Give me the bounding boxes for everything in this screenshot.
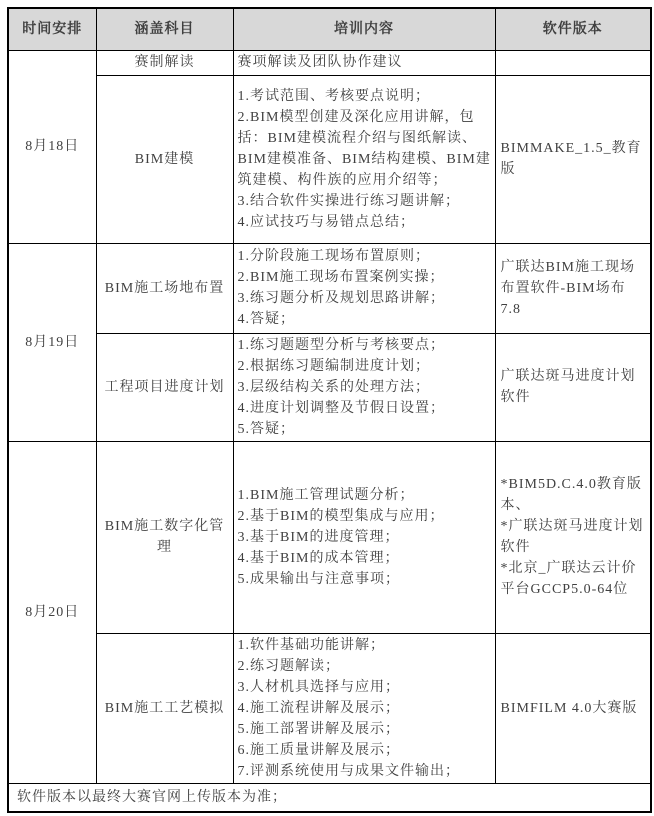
row-bim-modeling: BIM建模 1.考试范围、考核要点说明； 2.BIM模型创建及深化应用讲解，包括… (8, 75, 651, 243)
content-cell: 1.软件基础功能讲解； 2.练习题解读； 3.人材机具选择与应用； 4.施工流程… (233, 633, 495, 783)
header-subject: 涵盖科目 (96, 8, 233, 50)
subject-cell: BIM施工工艺模拟 (96, 633, 233, 783)
row-schedule-plan: 工程项目进度计划 1.练习题题型分析与考核要点； 2.根据练习题编制进度计划； … (8, 333, 651, 441)
header-software: 软件版本 (495, 8, 651, 50)
training-schedule-page: 时间安排 涵盖科目 培训内容 软件版本 8月18日 赛制解读 赛项解读及团队协作… (0, 0, 654, 816)
footer-note: 软件版本以最终大赛官网上传版本为准； (8, 783, 651, 812)
software-cell: BIMFILM 4.0大赛版 (495, 633, 651, 783)
software-cell: *BIM5D.C.4.0教育版本、 *广联达斑马进度计划软件 *北京_广联达云计… (495, 441, 651, 633)
date-cell-aug20: 8月20日 (8, 441, 96, 783)
footer-row: 软件版本以最终大赛官网上传版本为准； (8, 783, 651, 812)
header-row: 时间安排 涵盖科目 培训内容 软件版本 (8, 8, 651, 50)
header-content: 培训内容 (233, 8, 495, 50)
date-cell-aug18: 8月18日 (8, 50, 96, 243)
row-process-simulation: BIM施工工艺模拟 1.软件基础功能讲解； 2.练习题解读； 3.人材机具选择与… (8, 633, 651, 783)
header-time: 时间安排 (8, 8, 96, 50)
row-digital-management: 8月20日 BIM施工数字化管理 1.BIM施工管理试题分析； 2.基于BIM的… (8, 441, 651, 633)
content-cell: 1.BIM施工管理试题分析； 2.基于BIM的模型集成与应用； 3.基于BIM的… (233, 441, 495, 633)
row-rules-briefing: 8月18日 赛制解读 赛项解读及团队协作建议 (8, 50, 651, 75)
content-cell: 1.练习题题型分析与考核要点； 2.根据练习题编制进度计划； 3.层级结构关系的… (233, 333, 495, 441)
row-site-layout: 8月19日 BIM施工场地布置 1.分阶段施工现场布置原则； 2.BIM施工现场… (8, 243, 651, 333)
software-cell: BIMMAKE_1.5_教育版 (495, 75, 651, 243)
date-cell-aug19: 8月19日 (8, 243, 96, 441)
subject-cell: BIM施工数字化管理 (96, 441, 233, 633)
software-cell (495, 50, 651, 75)
subject-cell: BIM施工场地布置 (96, 243, 233, 333)
content-cell: 1.考试范围、考核要点说明； 2.BIM模型创建及深化应用讲解，包括：BIM建模… (233, 75, 495, 243)
subject-cell: 工程项目进度计划 (96, 333, 233, 441)
content-cell: 赛项解读及团队协作建议 (233, 50, 495, 75)
subject-cell: BIM建模 (96, 75, 233, 243)
training-schedule-table: 时间安排 涵盖科目 培训内容 软件版本 8月18日 赛制解读 赛项解读及团队协作… (7, 7, 652, 813)
subject-cell: 赛制解读 (96, 50, 233, 75)
software-cell: 广联达斑马进度计划软件 (495, 333, 651, 441)
software-cell: 广联达BIM施工现场布置软件-BIM场布7.8 (495, 243, 651, 333)
content-cell: 1.分阶段施工现场布置原则； 2.BIM施工现场布置案例实操； 3.练习题分析及… (233, 243, 495, 333)
